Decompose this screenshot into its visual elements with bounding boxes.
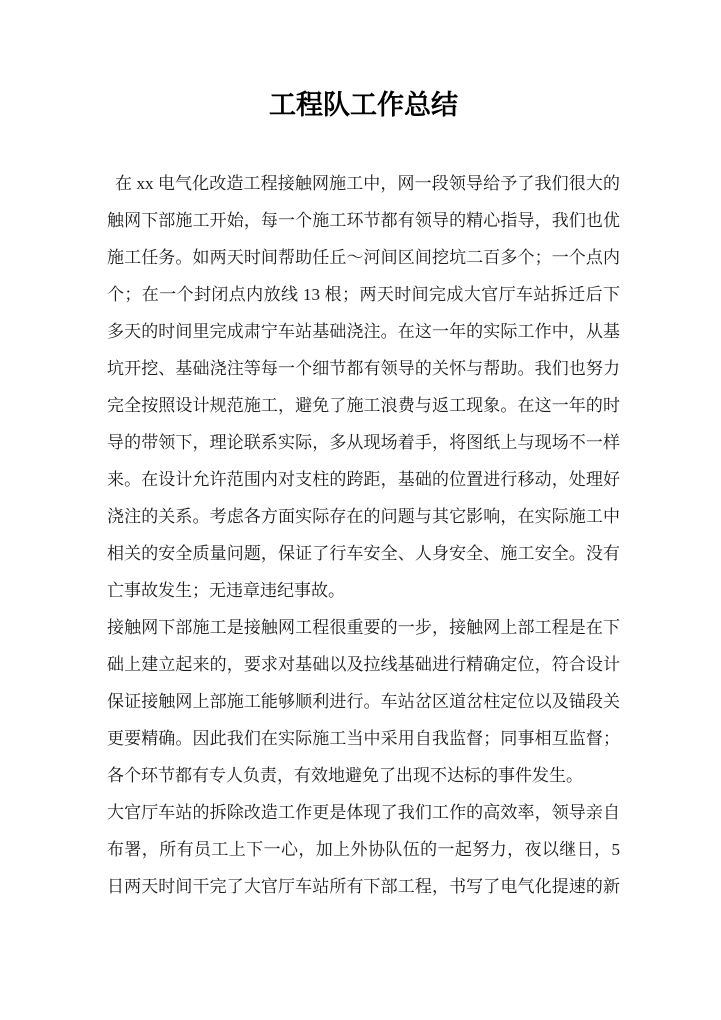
paragraph-2-line-5: 各个环节都有专人负责，有效地避免了出现不达标的事件发生。: [107, 757, 620, 794]
paragraph-1-line-12: 亡事故发生；无违章违纪事故。: [107, 572, 620, 609]
document-title: 工程队工作总结: [107, 85, 620, 125]
paragraph-1-line-2: 触网下部施工开始，每一个施工环节都有领导的精心指导，我们也优质地完成了: [107, 202, 620, 239]
paragraph-1-line-7: 完全按照设计规范施工，避免了施工浪费与返工现象。在这一年的时间里，在领: [107, 387, 620, 424]
paragraph-1-line-9: 来。在设计允许范围内对支柱的跨距，基础的位置进行移动，处理好电缆与基础: [107, 461, 620, 498]
paragraph-2-line-1: 接触网下部施工是接触网工程很重要的一步，接触网上部工程是在下部工程的基: [107, 609, 620, 646]
document-body: 在 xx 电气化改造工程接触网施工中，网一段领导给予了我们很大的帮助，从接触网下…: [107, 165, 620, 905]
paragraph-3-line-2: 布署，所有员工上下一心，加上外协队伍的一起努力，夜以继日，5 月 30、31: [107, 831, 620, 868]
paragraph-2-line-4: 更要精确。因此我们在实际施工当中采用自我监督；同事相互监督；取长补短，: [107, 720, 620, 757]
paragraph-1-line-1: 在 xx 电气化改造工程接触网施工中，网一段领导给予了我们很大的帮助，从接: [107, 165, 620, 202]
paragraph-1-line-8: 导的带领下，理论联系实际，多从现场着手，将图纸上与现场不一样的地结合起: [107, 424, 620, 461]
paragraph-1-line-3: 施工任务。如两天时间帮助任丘～河间区间挖坑二百多个；一个点内整杆五十多: [107, 239, 620, 276]
paragraph-1-line-6: 坑开挖、基础浇注等每一个细节都有领导的关怀与帮助。我们也努力要求自己，: [107, 350, 620, 387]
paragraph-2-line-2: 础上建立起来的，要求对基础以及拉线基础进行精确定位，符合设计规范，才能: [107, 646, 620, 683]
paragraph-1-line-5: 多天的时间里完成肃宁车站基础浇注。在这一年的实际工作中，从基坑定位、基: [107, 313, 620, 350]
document-page: 工程队工作总结 在 xx 电气化改造工程接触网施工中，网一段领导给予了我们很大的…: [0, 0, 721, 1020]
paragraph-2-line-3: 保证接触网上部施工能够顺利进行。车站岔区道岔柱定位以及锚段关节柱的定位: [107, 683, 620, 720]
paragraph-3-line-1: 大官厅车站的拆除改造工作更是体现了我们工作的高效率，领导亲自安排，统一: [107, 794, 620, 831]
paragraph-1-line-10: 浇注的关系。考虑各方面实际存在的问题与其它影响，在实际施工中还处理好了: [107, 498, 620, 535]
paragraph-1-line-11: 相关的安全质量问题，保证了行车安全、人身安全、施工安全。没有出现意外伤: [107, 535, 620, 572]
paragraph-3-line-3: 日两天时间干完了大官厅车站所有下部工程，书写了电气化提速的新篇章。大官: [107, 868, 620, 905]
paragraph-1-line-4: 个；在一个封闭点内放线 13 根；两天时间完成大官厅车站拆迁后下部工程；40: [107, 276, 620, 313]
